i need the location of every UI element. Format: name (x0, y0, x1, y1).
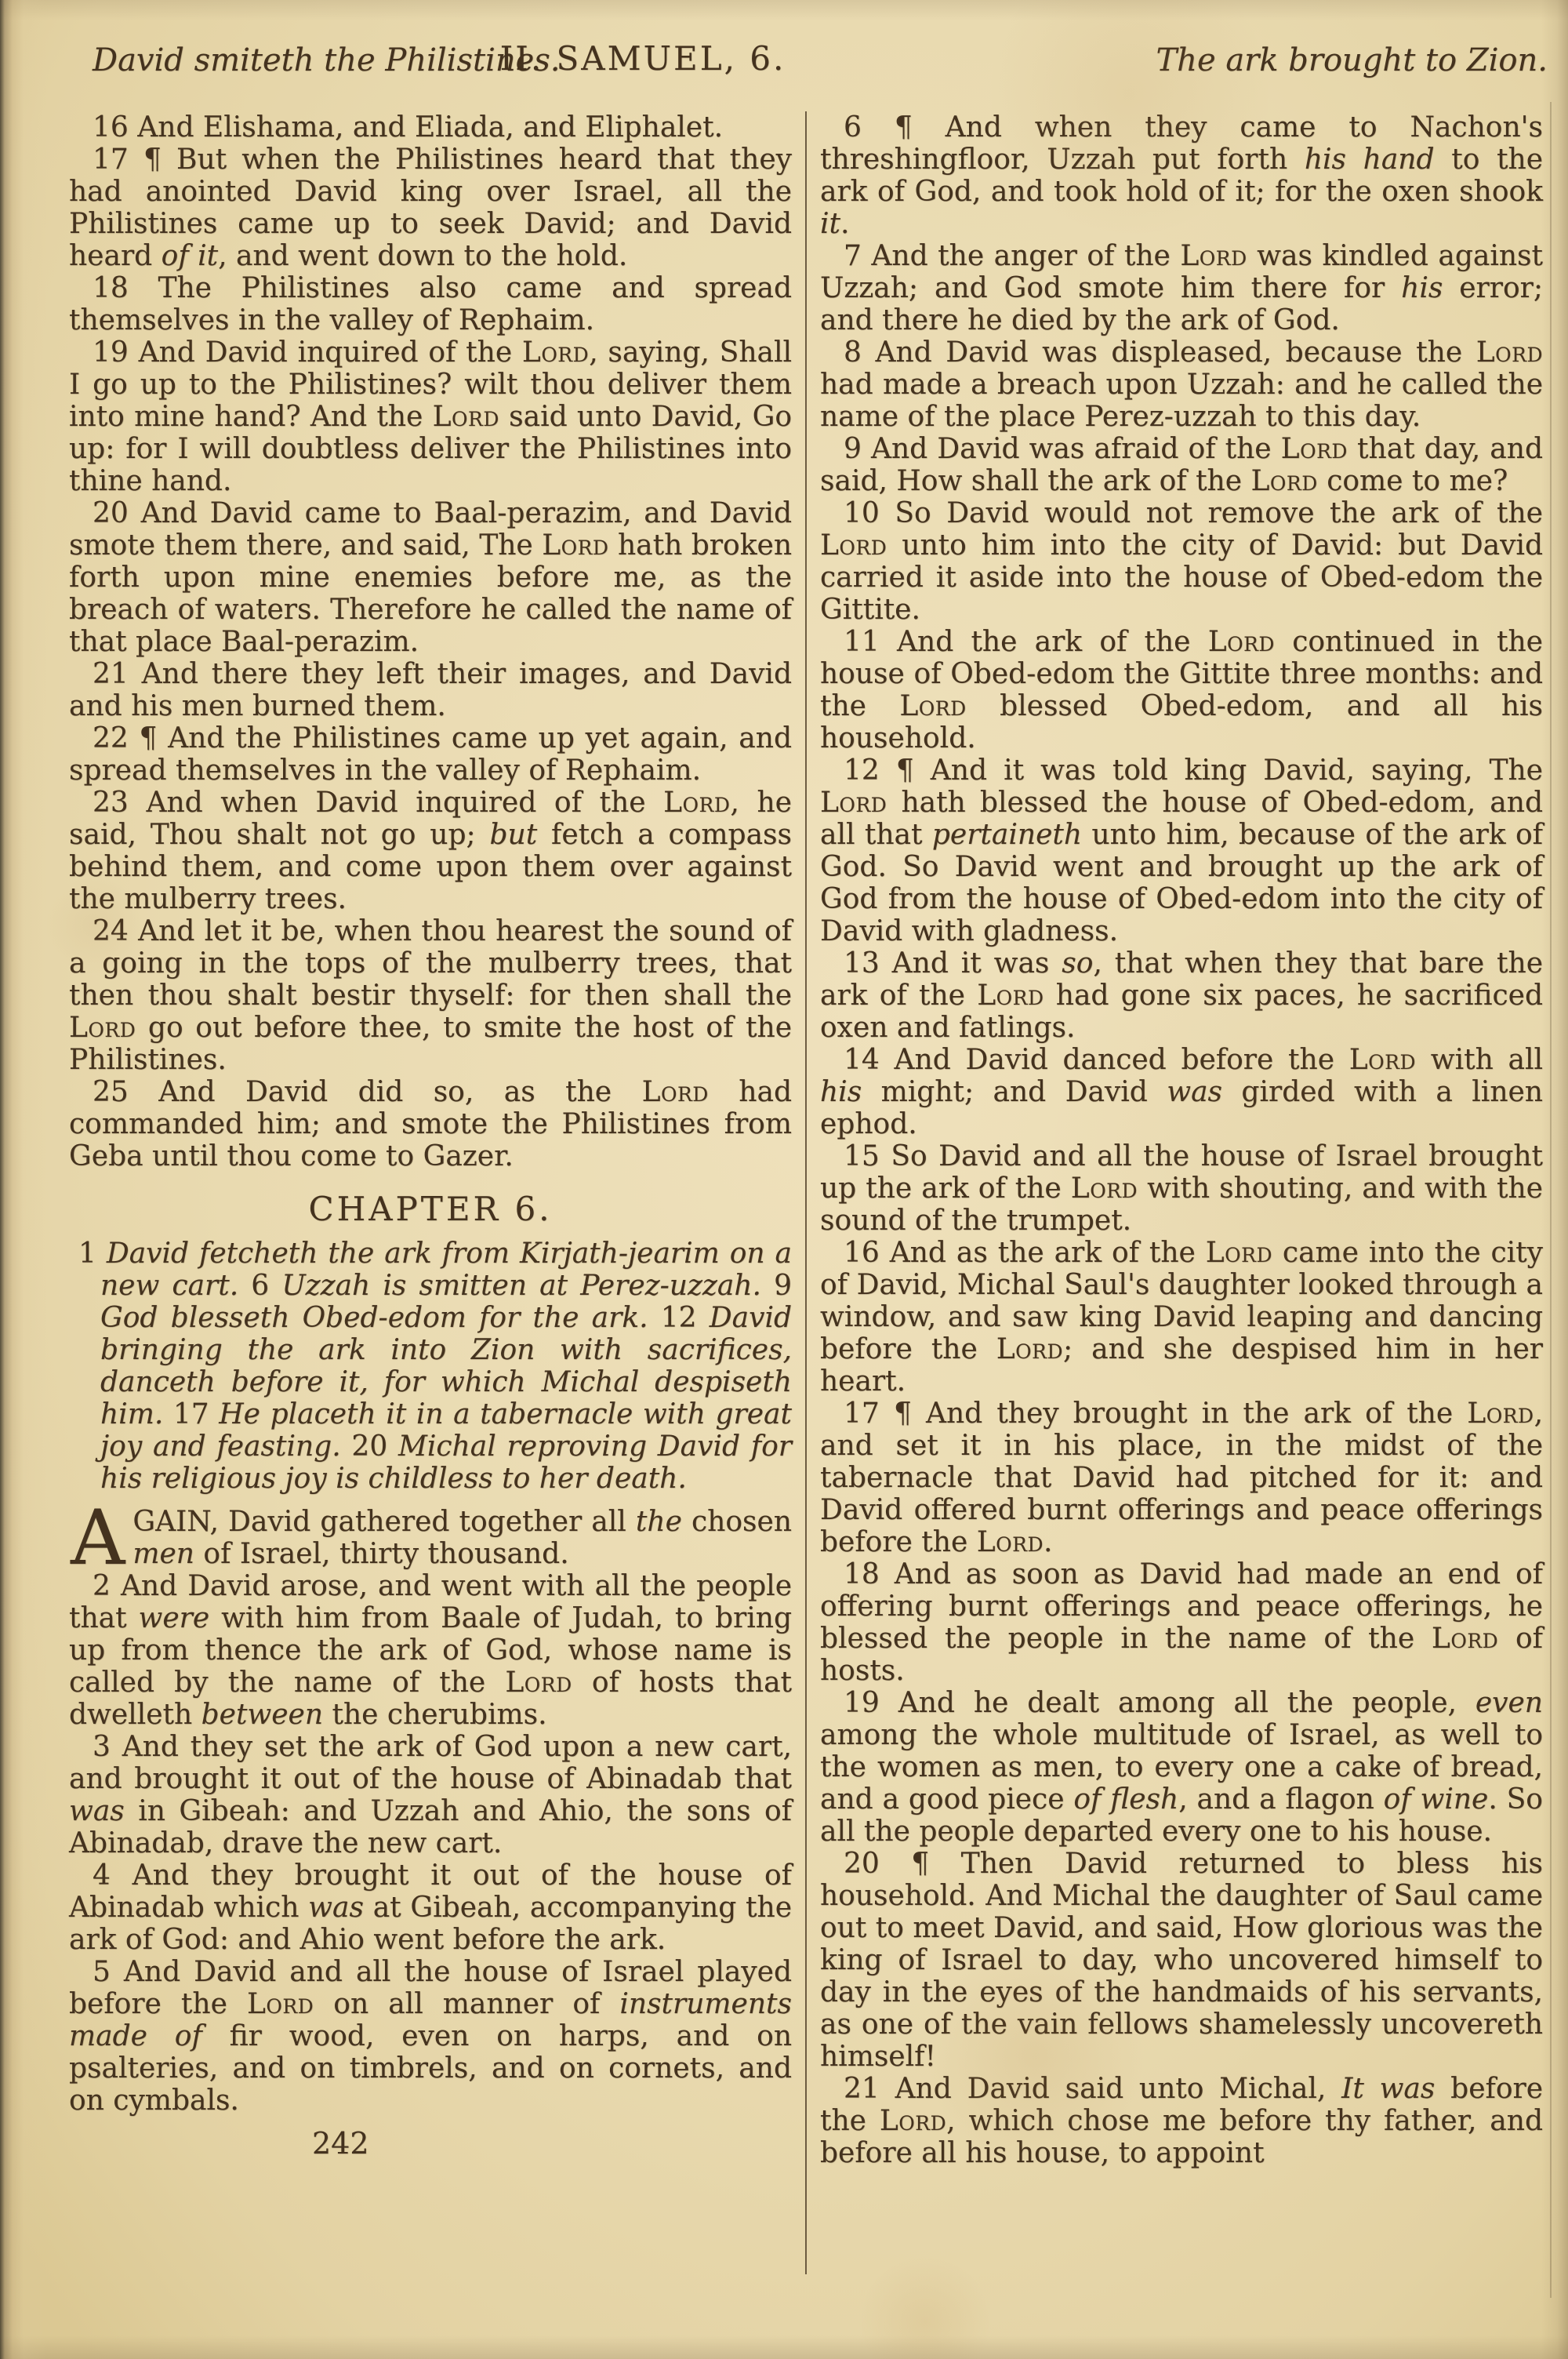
bible-page: David smiteth the Philistines. II. SAMUE… (0, 0, 1568, 2359)
verse-number: 7 (844, 240, 862, 272)
verse-number: 13 (844, 947, 880, 980)
verse-number: 12 (844, 754, 880, 787)
verse-10: 10 So David would not remove the ark of … (820, 497, 1543, 626)
verse-16: 16 And as the ark of the Lord came into … (820, 1237, 1543, 1398)
verse-number: 5 (93, 1956, 111, 1988)
verse-number: 21 (93, 658, 129, 690)
verse-22: 22 ¶ And the Philistines came up yet aga… (69, 722, 792, 787)
verse-number: 18 (844, 1558, 880, 1590)
verse-number: 21 (844, 2073, 880, 2105)
pilcrow-mark: ¶ (896, 754, 914, 787)
verse-number: 11 (844, 626, 880, 658)
pilcrow-mark: ¶ (911, 1848, 929, 1880)
verse-number: 25 (93, 1076, 129, 1108)
pilcrow-mark: ¶ (894, 1398, 912, 1430)
verse-4: 4 And they brought it out of the house o… (69, 1859, 792, 1956)
chapter-heading: CHAPTER 6. (69, 1193, 792, 1225)
pilcrow-mark: ¶ (143, 144, 162, 176)
pilcrow-mark: ¶ (140, 722, 158, 754)
chapter6-verses: AGAIN, David gathered together all the c… (69, 1506, 792, 2117)
verse-3: 3 And they set the ark of God upon a new… (69, 1731, 792, 1859)
verse-number: 19 (93, 336, 129, 369)
verse-2: 2 And David arose, and went with all the… (69, 1570, 792, 1731)
verse-20: 20 ¶ Then David returned to bless his ho… (820, 1848, 1543, 2073)
verse-11: 11 And the ark of the Lord continued in … (820, 626, 1543, 754)
verse-17: 17 ¶ And they brought in the ark of the … (820, 1398, 1543, 1558)
verse-number: 3 (93, 1731, 111, 1763)
verse-15: 15 So David and all the house of Israel … (820, 1140, 1543, 1237)
verse-number: 17 (93, 144, 129, 176)
verse-number: 23 (93, 787, 129, 819)
verse-23: 23 And when David inquired of the Lord, … (69, 787, 792, 915)
verse-9: 9 And David was afraid of the Lord that … (820, 433, 1543, 497)
verse-number: 4 (93, 1859, 111, 1892)
verse-number: 6 (844, 111, 862, 144)
running-head-center: II. SAMUEL, 6. (0, 39, 1286, 78)
verse-25: 25 And David did so, as the Lord had com… (69, 1076, 792, 1172)
verse-19: 19 And David inquired of the Lord, sayin… (69, 336, 792, 497)
verse-number: 2 (93, 1570, 111, 1602)
verse-number: 15 (844, 1140, 880, 1172)
verse-8: 8 And David was displeased, because the … (820, 336, 1543, 433)
pilcrow-mark: ¶ (895, 111, 913, 144)
verse-number: 24 (93, 915, 129, 947)
column-divider-rule (805, 111, 807, 2274)
verse-18: 18 And as soon as David had made an end … (820, 1558, 1543, 1687)
verse-21: 21 And David said unto Michal, It was be… (820, 2073, 1543, 2169)
verse-19: 19 And he dealt among all the people, ev… (820, 1687, 1543, 1848)
running-head: David smiteth the Philistines. II. SAMUE… (0, 39, 1568, 89)
verse-21: 21 And there they left their images, and… (69, 658, 792, 722)
verse-18: 18 The Philistines also came and spread … (69, 272, 792, 336)
verse-16: 16 And Elishama, and Eliada, and Eliphal… (69, 111, 792, 144)
page-number: 242 (69, 2128, 792, 2160)
chapter6-verses-continued: 6 ¶ And when they came to Nachon's thres… (820, 111, 1543, 2169)
verse-number: 8 (844, 336, 862, 369)
verse-number: 9 (844, 433, 862, 465)
verse-number: 20 (844, 1848, 880, 1880)
verse-number: 16 (93, 111, 129, 144)
verse-7: 7 And the anger of the Lord was kindled … (820, 240, 1543, 336)
chapter-summary: 1 David fetcheth the ark from Kirjath-je… (69, 1238, 792, 1495)
right-column: 6 ¶ And when they came to Nachon's thres… (820, 111, 1543, 2169)
verse-6: 6 ¶ And when they came to Nachon's thres… (820, 111, 1543, 240)
verse-1: AGAIN, David gathered together all the c… (69, 1506, 792, 1570)
left-column: 16 And Elishama, and Eliada, and Eliphal… (69, 111, 792, 2160)
verse-14: 14 And David danced before the Lord with… (820, 1044, 1543, 1140)
verse-12: 12 ¶ And it was told king David, saying,… (820, 754, 1543, 947)
running-head-right: The ark brought to Zion. (1156, 42, 1548, 78)
verse-20: 20 And David came to Baal-perazim, and D… (69, 497, 792, 658)
verse-number: 18 (93, 272, 129, 304)
drop-cap: A (71, 1509, 125, 1572)
verse-number: 17 (844, 1398, 880, 1430)
verse-number: 16 (844, 1237, 880, 1269)
verse-13: 13 And it was so, that when they that ba… (820, 947, 1543, 1044)
verse-24: 24 And let it be, when thou hearest the … (69, 915, 792, 1076)
verse-5: 5 And David and all the house of Israel … (69, 1956, 792, 2117)
verse-number: 22 (93, 722, 129, 754)
verse-17: 17 ¶ But when the Philistines heard that… (69, 144, 792, 272)
verse-number: 19 (844, 1687, 880, 1719)
verse-number: 14 (844, 1044, 880, 1076)
verse-number: 20 (93, 497, 129, 529)
verse-number: 10 (844, 497, 880, 529)
chapter5-verses: 16 And Elishama, and Eliada, and Eliphal… (69, 111, 792, 1172)
page-edge-line (1550, 102, 1552, 2298)
